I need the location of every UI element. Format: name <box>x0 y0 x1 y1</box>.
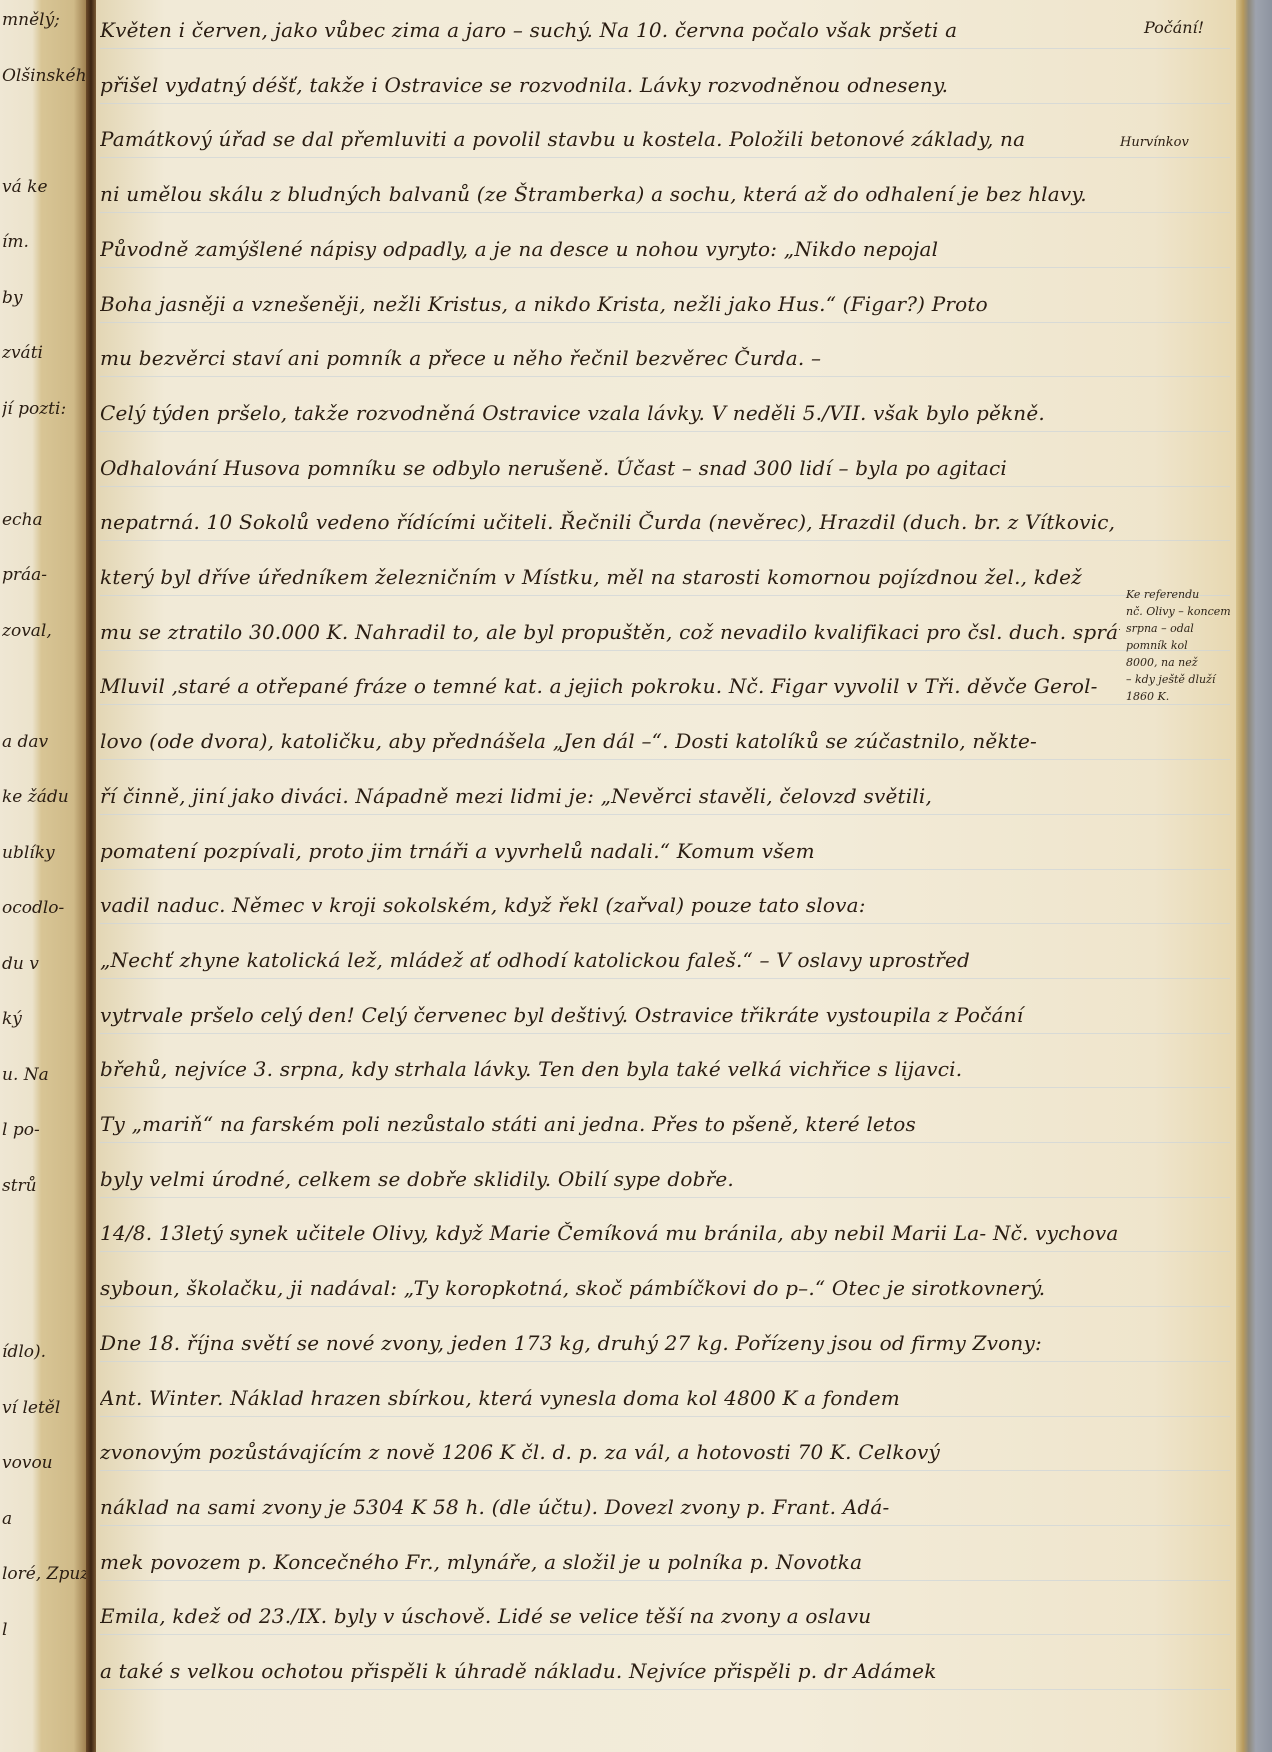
margin-note-line: nč. Olivy – koncem <box>1126 603 1236 620</box>
left-page-fragment: práa- <box>2 565 88 585</box>
left-page-fragment: zváti <box>2 343 88 363</box>
ruled-line <box>100 759 1230 760</box>
handwritten-line: Původně zamýšlené nápisy odpadly, a je n… <box>100 237 1120 261</box>
ruled-line <box>100 1251 1230 1252</box>
handwritten-line: Ty „mariň“ na farském poli nezůstalo stá… <box>100 1112 1120 1136</box>
handwritten-line: pomatení pozpívali, proto jim trnáři a v… <box>100 839 1120 863</box>
page-edge <box>1236 0 1272 1752</box>
left-page-fragment: zoval, <box>2 621 88 641</box>
ruled-line <box>100 1306 1230 1307</box>
ruled-line <box>100 1197 1230 1198</box>
left-page-fragment: l po- <box>2 1120 88 1140</box>
ruled-line <box>100 814 1230 815</box>
right-page <box>96 0 1246 1752</box>
handwritten-line: mu bezvěrci staví ani pomník a přece u n… <box>100 346 1120 370</box>
ruled-line <box>100 322 1230 323</box>
handwritten-line: mu se ztratilo 30.000 K. Nahradil to, al… <box>100 620 1120 644</box>
margin-note-line: Ke referendu <box>1126 586 1236 603</box>
handwritten-line: nepatrná. 10 Sokolů vedeno řídícími učit… <box>100 510 1120 534</box>
ruled-line <box>100 1634 1230 1635</box>
ruled-line <box>100 650 1230 651</box>
ruled-line <box>100 212 1230 213</box>
ruled-line <box>100 1525 1230 1526</box>
handwritten-line: syboun, školačku, ji nadával: „Ty koropk… <box>100 1276 1120 1300</box>
handwritten-line: Mluvil ,staré a otřepané fráze o temné k… <box>100 674 1120 698</box>
left-page-fragment: vá ke <box>2 177 88 197</box>
handwritten-line: Celý týden pršelo, takže rozvodněná Ostr… <box>100 401 1120 425</box>
margin-note-line: pomník kol <box>1126 637 1236 654</box>
ruled-line <box>100 1689 1230 1690</box>
handwritten-line: ří činně, jiní jako diváci. Nápadně mezi… <box>100 784 1120 808</box>
handwritten-line: vytrvale pršelo celý den! Celý červenec … <box>100 1003 1120 1027</box>
ruled-line <box>100 1470 1230 1471</box>
ruled-line <box>100 1580 1230 1581</box>
left-page-fragment: echa <box>2 510 88 530</box>
left-page-fragment: ublíky <box>2 843 88 863</box>
ruled-line <box>100 540 1230 541</box>
left-page-fragment: jí pozti: <box>2 399 88 419</box>
handwritten-line: zvonovým pozůstávajícím z nově 1206 K čl… <box>100 1440 1120 1464</box>
ruled-line <box>100 1416 1230 1417</box>
ruled-line <box>100 1087 1230 1088</box>
left-page-fragment: du v <box>2 954 88 974</box>
handwritten-line: Ant. Winter. Náklad hrazen sbírkou, kter… <box>100 1386 1120 1410</box>
ruled-line <box>100 923 1230 924</box>
ruled-line <box>100 48 1230 49</box>
handwritten-line: Květen i červen, jako vůbec zima a jaro … <box>100 18 1120 42</box>
handwritten-line: břehů, nejvíce 3. srpna, kdy strhala láv… <box>100 1057 1120 1081</box>
left-page-fragment: ke žádu <box>2 787 88 807</box>
left-page-fragment: l <box>2 1620 88 1640</box>
ruled-line <box>100 869 1230 870</box>
ruled-line <box>100 978 1230 979</box>
margin-note-top: Počání! <box>1144 18 1204 37</box>
ruled-line <box>100 431 1230 432</box>
margin-note-line3: Hurvínkov <box>1120 135 1189 150</box>
margin-note-line: – kdy ještě dluží <box>1126 671 1236 688</box>
ruled-line <box>100 103 1230 104</box>
left-page-fragment: u. Na <box>2 1065 88 1085</box>
left-page-fragment: strů <box>2 1176 88 1196</box>
handwritten-line: „Nechť zhyne katolická lež, mládež ať od… <box>100 948 1120 972</box>
left-page-fragment: ocodlo- <box>2 898 88 918</box>
left-page-fragment: ím. <box>2 232 88 252</box>
handwritten-line: Odhalování Husova pomníku se odbylo neru… <box>100 456 1120 480</box>
ruled-line <box>100 704 1230 705</box>
handwritten-line: náklad na sami zvony je 5304 K 58 h. (dl… <box>100 1495 1120 1519</box>
handwritten-line: lovo (ode dvora), katoličku, aby přednáš… <box>100 729 1120 753</box>
ruled-line <box>100 267 1230 268</box>
handwritten-line: byly velmi úrodné, celkem se dobře sklid… <box>100 1167 1120 1191</box>
handwritten-line: Dne 18. října světí se nové zvony, jeden… <box>100 1331 1120 1355</box>
left-page-fragment: loré, Zpuz, <box>2 1564 88 1584</box>
left-page-edge: mnělý;Olšinského.vá keím.byzvátijí pozti… <box>0 0 92 1752</box>
handwritten-line: ni umělou skálu z bludných balvanů (ze Š… <box>100 182 1120 206</box>
left-page-fragment: by <box>2 288 88 308</box>
left-page-fragment: ídlo). <box>2 1342 88 1362</box>
handwritten-line: Boha jasněji a vznešeněji, nežli Kristus… <box>100 292 1120 316</box>
ruled-line <box>100 595 1230 596</box>
ruled-line <box>100 1033 1230 1034</box>
ruled-line <box>100 376 1230 377</box>
handwritten-line: který byl dříve úředníkem železničním v … <box>100 565 1120 589</box>
left-page-fragment: a <box>2 1509 88 1529</box>
ruled-line <box>100 1142 1230 1143</box>
left-page-fragment: ký <box>2 1009 88 1029</box>
ruled-line <box>100 1361 1230 1362</box>
margin-note-referendum: Ke referendu nč. Olivy – koncem srpna – … <box>1126 586 1236 705</box>
margin-note-line: 1860 K. <box>1126 688 1236 705</box>
handwritten-line: 14/8. 13letý synek učitele Olivy, když M… <box>100 1221 1120 1245</box>
handwritten-line: mek povozem p. Koncečného Fr., mlynáře, … <box>100 1550 1120 1574</box>
book-gutter <box>86 0 96 1752</box>
handwritten-line: přišel vydatný déšť, takže i Ostravice s… <box>100 73 1120 97</box>
left-page-fragment: a dav <box>2 732 88 752</box>
handwritten-line: vadil naduc. Němec v kroji sokolském, kd… <box>100 893 1120 917</box>
handwritten-line: a také s velkou ochotou přispěli k úhrad… <box>100 1659 1120 1683</box>
left-page-fragment: vovou <box>2 1453 88 1473</box>
margin-note-line: 8000, na než <box>1126 654 1236 671</box>
margin-note-line: srpna – odal <box>1126 620 1236 637</box>
left-page-fragment: Olšinského. <box>2 66 88 86</box>
left-page-fragment: ví letěl <box>2 1398 88 1418</box>
ruled-line <box>100 157 1230 158</box>
handwritten-line: Památkový úřad se dal přemluviti a povol… <box>100 127 1120 151</box>
handwritten-line: Emila, kdež od 23./IX. byly v úschově. L… <box>100 1604 1120 1628</box>
left-page-fragment: mnělý; <box>2 10 88 30</box>
ruled-line <box>100 486 1230 487</box>
